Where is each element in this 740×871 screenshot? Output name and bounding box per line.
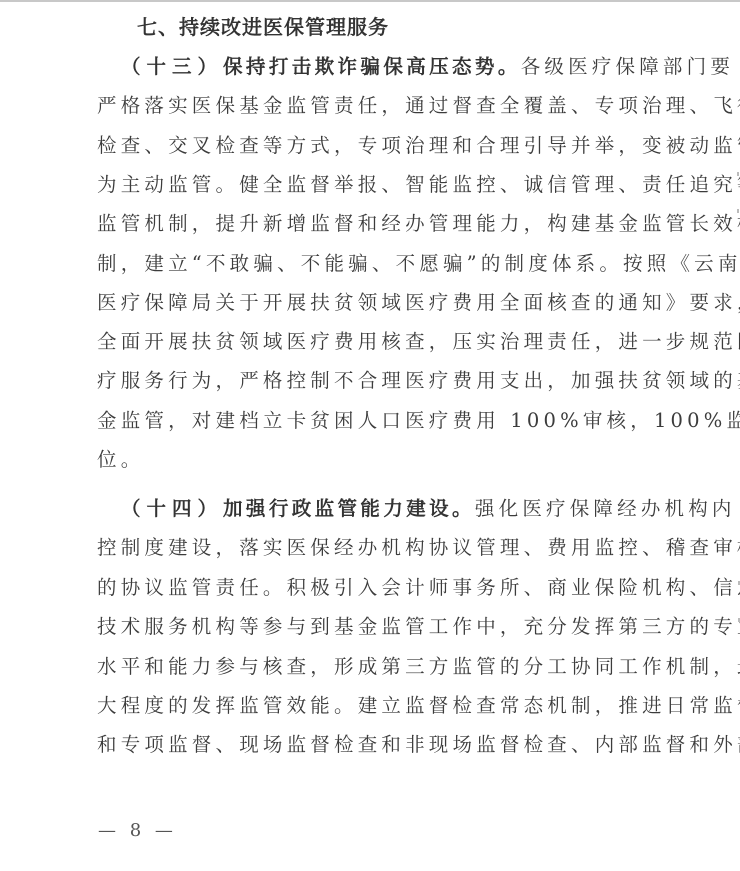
paragraph-13-line-6: 制，建立“不敢骗、不能骗、不愿骗”的制度体系。按照《云南省 — [97, 250, 657, 278]
paragraph-14-line-3: 的协议监管责任。积极引入会计师事务所、商业保险机构、信息 — [97, 574, 657, 602]
scan-artifact-mark — [737, 209, 739, 213]
section-heading: 七、持续改进医保管理服务 — [137, 13, 389, 41]
paragraph-14-line-2: 控制度建设，落实医保经办机构协议管理、费用监控、稽查审核 — [97, 534, 657, 562]
paragraph-14-title: 加强行政监管能力建设。 — [223, 497, 475, 520]
paragraph-13-line-1: （十三）保持打击欺诈骗保高压态势。各级医疗保障部门要 — [121, 53, 681, 81]
paragraph-14-line-5: 水平和能力参与核查，形成第三方监管的分工协同工作机制，最 — [97, 653, 657, 681]
paragraph-13-text: 各级医疗保障部门要 — [521, 55, 734, 78]
paragraph-13-number: （十三） — [121, 55, 223, 78]
paragraph-13-line-7: 医疗保障局关于开展扶贫领域医疗费用全面核查的通知》要求， — [97, 289, 657, 317]
page-number: — 8 — — [98, 820, 177, 841]
paragraph-13-line-9: 疗服务行为，严格控制不合理医疗费用支出，加强扶贫领域的基 — [97, 367, 657, 395]
paragraph-13-line-2: 严格落实医保基金监管责任，通过督查全覆盖、专项治理、飞行 — [97, 92, 657, 120]
paragraph-13-title: 保持打击欺诈骗保高压态势。 — [223, 55, 521, 78]
paragraph-14-line-7: 和专项监督、现场监督检查和非现场监督检查、内部监督和外部 — [97, 731, 657, 759]
paragraph-13-line-11: 位。 — [97, 446, 657, 474]
paragraph-14-line-6: 大程度的发挥监管效能。建立监督检查常态机制，推进日常监督 — [97, 692, 657, 720]
paragraph-14-number: （十四） — [121, 497, 223, 520]
paragraph-13-line-3: 检查、交叉检查等方式，专项治理和合理引导并举，变被动监管 — [97, 132, 657, 160]
paragraph-13-line-10: 金监管，对建档立卡贫困人口医疗费用 100%审核，100%监管到 — [97, 407, 657, 435]
scan-artifact-mark — [737, 172, 739, 176]
paragraph-14-line-1: （十四）加强行政监管能力建设。强化医疗保障经办机构内 — [121, 495, 681, 523]
paragraph-13-line-5: 监管机制，提升新增监督和经办管理能力，构建基金监管长效机 — [97, 210, 657, 238]
paragraph-13-line-4: 为主动监管。健全监督举报、智能监控、诚信管理、责任追究等 — [97, 171, 657, 199]
paragraph-14-text: 强化医疗保障经办机构内 — [475, 497, 736, 520]
paragraph-13-line-8: 全面开展扶贫领域医疗费用核查，压实治理责任，进一步规范医 — [97, 328, 657, 356]
page-top-border — [0, 0, 740, 2]
paragraph-14-line-4: 技术服务机构等参与到基金监管工作中，充分发挥第三方的专业 — [97, 613, 657, 641]
